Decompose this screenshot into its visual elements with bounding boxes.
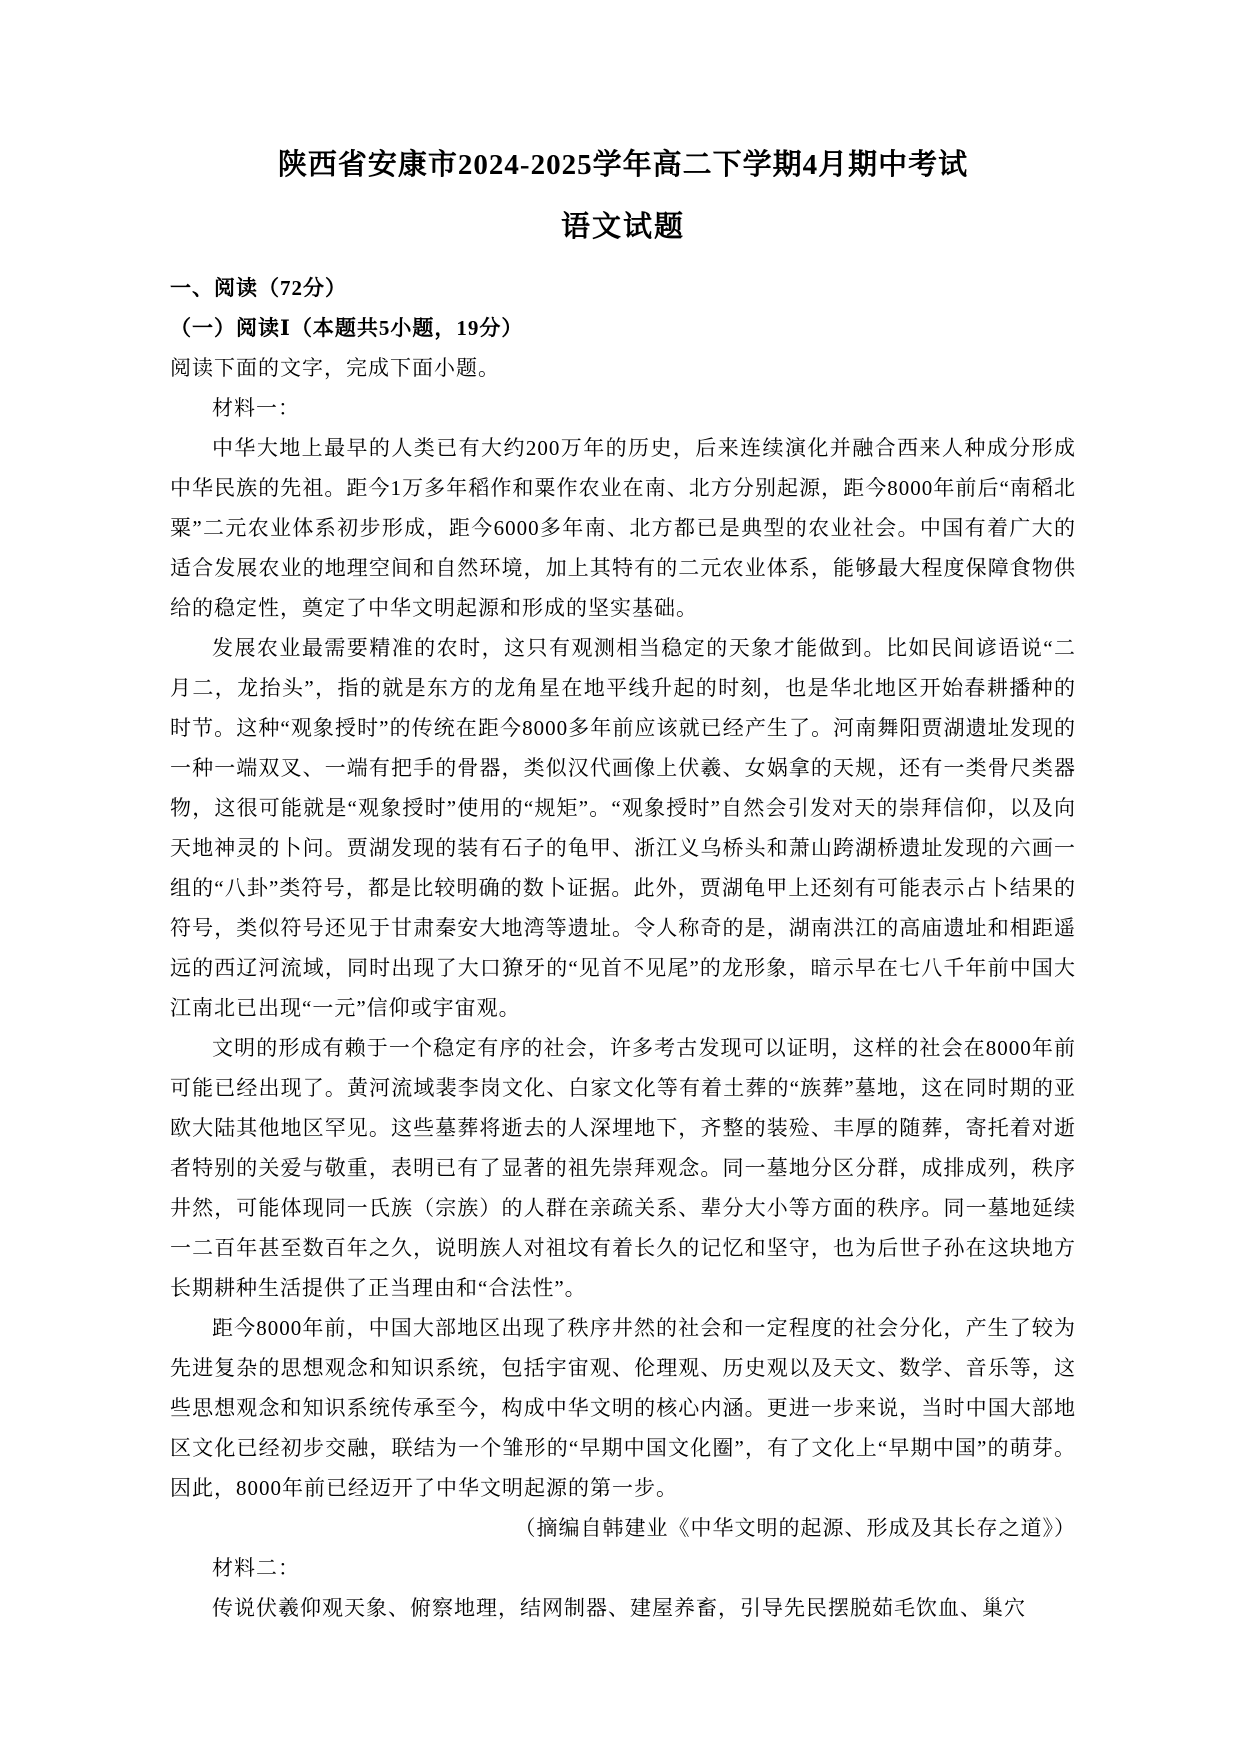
material-two-label: 材料二：	[170, 1548, 1076, 1588]
reading-instruction: 阅读下面的文字，完成下面小题。	[170, 348, 1076, 388]
reading-passage-body: 阅读下面的文字，完成下面小题。 材料一： 中华大地上最早的人类已有大约200万年…	[170, 348, 1076, 1628]
material-one-paragraph-4: 距今8000年前，中国大部地区出现了秩序井然的社会和一定程度的社会分化，产生了较…	[170, 1308, 1076, 1508]
material-one-attribution: （摘编自韩建业《中华文明的起源、形成及其长存之道》）	[170, 1508, 1076, 1548]
exam-paper-page: 陕西省安康市2024-2025学年高二下学期4月期中考试 语文试题 一、阅读（7…	[0, 0, 1240, 1754]
material-one-paragraph-1: 中华大地上最早的人类已有大约200万年的历史，后来连续演化并融合西来人种成分形成…	[170, 428, 1076, 628]
material-one-paragraph-2: 发展农业最需要精准的农时，这只有观测相当稳定的天象才能做到。比如民间谚语说“二月…	[170, 628, 1076, 1028]
material-two-paragraph-1: 传说伏羲仰观天象、俯察地理，结网制器、建屋养畜，引导先民摆脱茹毛饮血、巢穴	[170, 1588, 1076, 1628]
material-one-label: 材料一：	[170, 388, 1076, 428]
material-one-paragraph-3: 文明的形成有赖于一个稳定有序的社会，许多考古发现可以证明，这样的社会在8000年…	[170, 1028, 1076, 1308]
section-reading-heading: 一、阅读（72分）	[170, 268, 1076, 308]
exam-title: 陕西省安康市2024-2025学年高二下学期4月期中考试	[170, 146, 1076, 184]
exam-subject-title: 语文试题	[170, 208, 1076, 246]
subsection-reading-1-heading: （一）阅读Ⅰ（本题共5小题，19分）	[170, 308, 1076, 348]
